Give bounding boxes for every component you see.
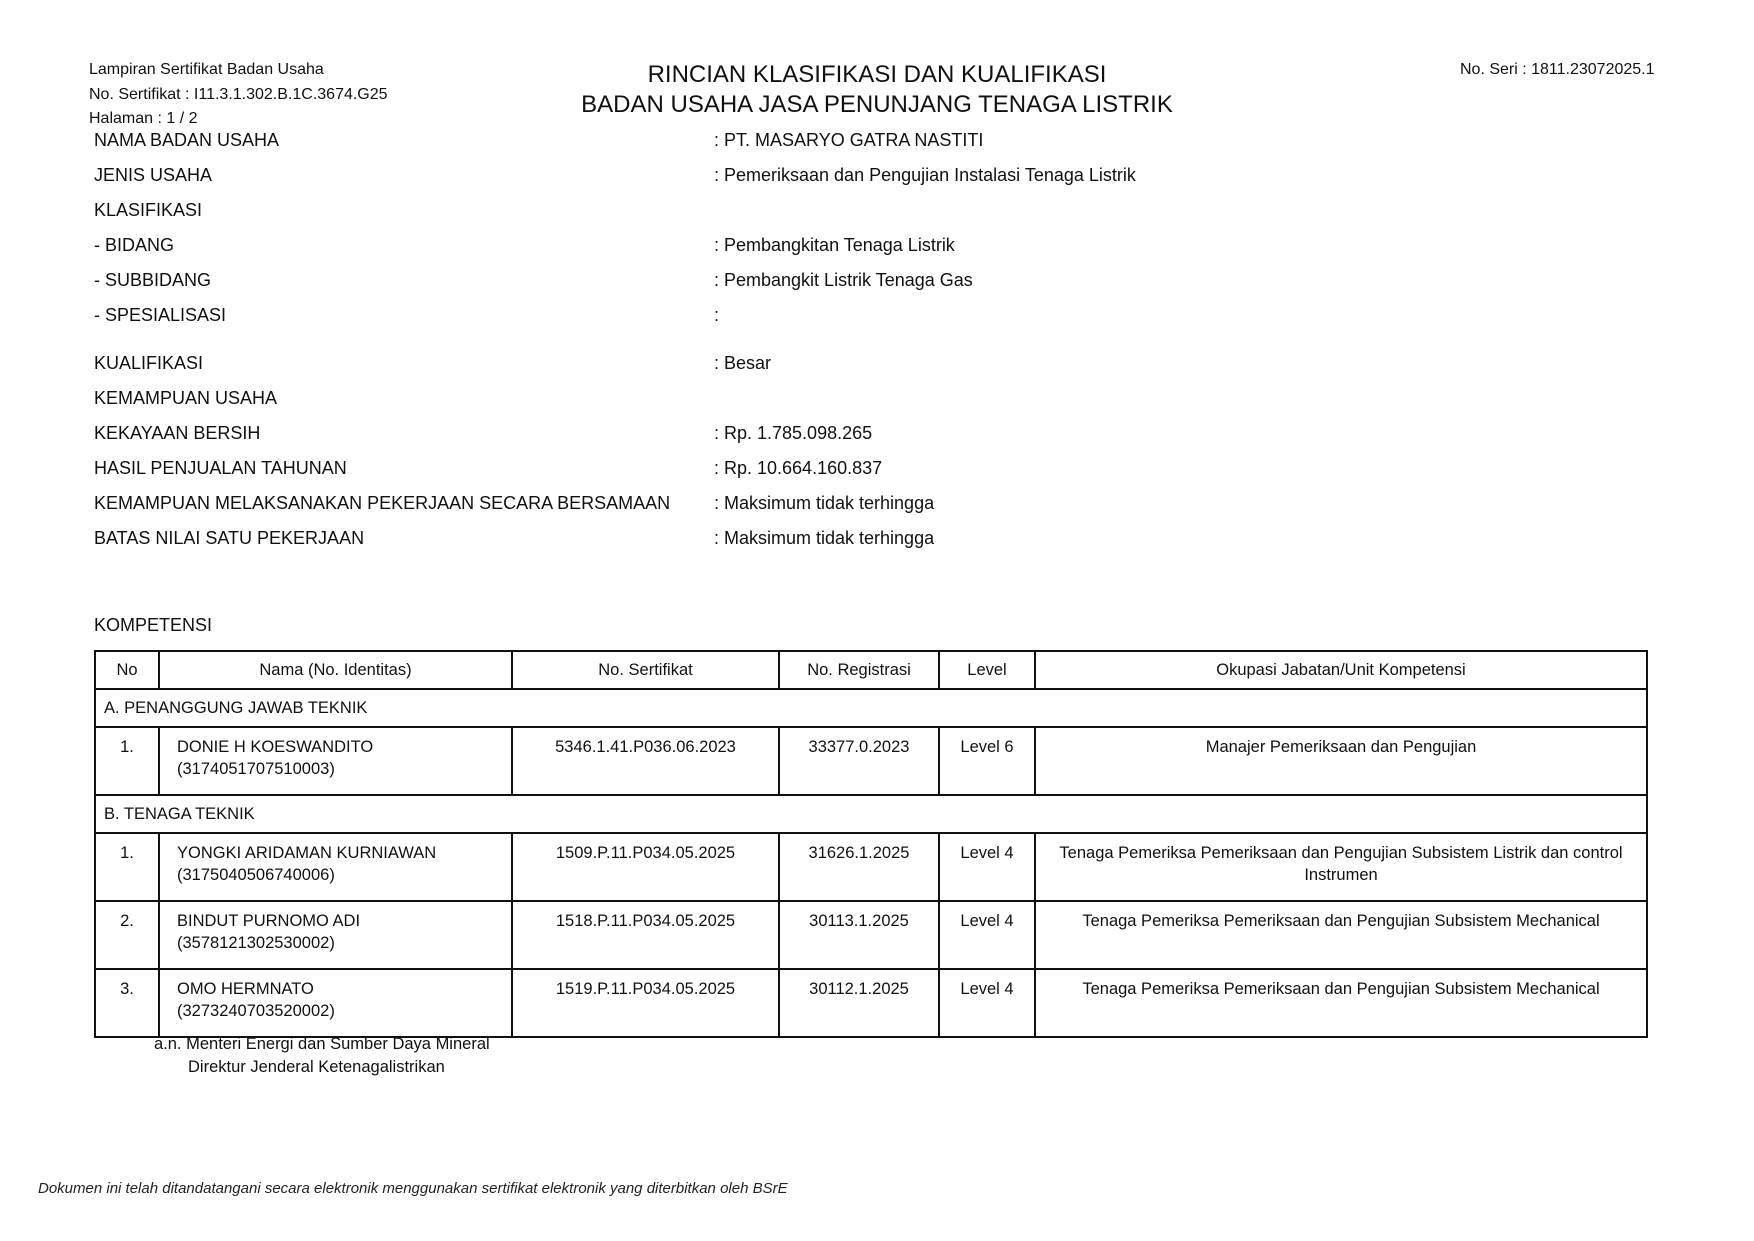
certificate-number-cell: 5346.1.41.P036.06.2023 <box>512 727 779 795</box>
table-row: 1.YONGKI ARIDAMAN KURNIAWAN(317504050674… <box>95 833 1647 901</box>
info-value: : Rp. 1.785.098.265 <box>714 421 872 445</box>
registration-number-cell: 30112.1.2025 <box>779 969 939 1037</box>
info-label: JENIS USAHA <box>94 163 212 187</box>
row-number: 2. <box>95 901 159 969</box>
column-header: Okupasi Jabatan/Unit Kompetensi <box>1035 651 1647 689</box>
info-value: : Maksimum tidak terhingga <box>714 526 934 550</box>
person-cell: DONIE H KOESWANDITO(3174051707510003) <box>159 727 512 795</box>
person-name: DONIE H KOESWANDITO <box>177 736 511 758</box>
signature-line-2: Direktur Jenderal Ketenagalistrikan <box>154 1056 490 1079</box>
info-value: : PT. MASARYO GATRA NASTITI <box>714 128 983 152</box>
table-header-row: NoNama (No. Identitas)No. SertifikatNo. … <box>95 651 1647 689</box>
column-header: Nama (No. Identitas) <box>159 651 512 689</box>
info-label: KEMAMPUAN MELAKSANAKAN PEKERJAAN SECARA … <box>94 491 670 515</box>
person-id: (3578121302530002) <box>177 932 511 954</box>
serial-number: No. Seri : 1811.23072025.1 <box>1460 58 1655 82</box>
section-row: A. PENANGGUNG JAWAB TEKNIK <box>95 689 1647 727</box>
person-id: (3174051707510003) <box>177 758 511 780</box>
table-row: 3.OMO HERMNATO(3273240703520002)1519.P.1… <box>95 969 1647 1037</box>
info-label: KLASIFIKASI <box>94 198 202 222</box>
info-label: HASIL PENJUALAN TAHUNAN <box>94 456 347 480</box>
kompetensi-heading: KOMPETENSI <box>94 613 212 637</box>
info-value: : Besar <box>714 351 771 375</box>
info-value: : Maksimum tidak terhingga <box>714 491 934 515</box>
row-number: 1. <box>95 727 159 795</box>
person-cell: BINDUT PURNOMO ADI(3578121302530002) <box>159 901 512 969</box>
occupation-cell: Tenaga Pemeriksa Pemeriksaan dan Penguji… <box>1035 833 1647 901</box>
person-name: OMO HERMNATO <box>177 978 511 1000</box>
e-signature-notice: Dokumen ini telah ditandatangani secara … <box>38 1180 788 1197</box>
table-row: 1.DONIE H KOESWANDITO(3174051707510003)5… <box>95 727 1647 795</box>
table-row: 2.BINDUT PURNOMO ADI(3578121302530002)15… <box>95 901 1647 969</box>
person-cell: YONGKI ARIDAMAN KURNIAWAN(31750405067400… <box>159 833 512 901</box>
info-label: - SPESIALISASI <box>94 303 226 327</box>
column-header: Level <box>939 651 1035 689</box>
section-title: B. TENAGA TEKNIK <box>95 795 1647 833</box>
registration-number-cell: 31626.1.2025 <box>779 833 939 901</box>
column-header: No <box>95 651 159 689</box>
signature-line-1: a.n. Menteri Energi dan Sumber Daya Mine… <box>154 1033 490 1056</box>
info-value: : Pemeriksaan dan Pengujian Instalasi Te… <box>714 163 1136 187</box>
person-id: (3273240703520002) <box>177 1000 511 1022</box>
info-label: KUALIFIKASI <box>94 351 203 375</box>
person-name: YONGKI ARIDAMAN KURNIAWAN <box>177 842 511 864</box>
info-value: : <box>714 303 719 327</box>
person-cell: OMO HERMNATO(3273240703520002) <box>159 969 512 1037</box>
column-header: No. Sertifikat <box>512 651 779 689</box>
certificate-number-cell: 1519.P.11.P034.05.2025 <box>512 969 779 1037</box>
certificate-number-cell: 1518.P.11.P034.05.2025 <box>512 901 779 969</box>
info-value: : Pembangkitan Tenaga Listrik <box>714 233 955 257</box>
row-number: 1. <box>95 833 159 901</box>
occupation-cell: Manajer Pemeriksaan dan Pengujian <box>1035 727 1647 795</box>
level-cell: Level 6 <box>939 727 1035 795</box>
person-id: (3175040506740006) <box>177 864 511 886</box>
signature-block: a.n. Menteri Energi dan Sumber Daya Mine… <box>154 1033 490 1079</box>
info-label: KEMAMPUAN USAHA <box>94 386 277 410</box>
level-cell: Level 4 <box>939 969 1035 1037</box>
level-cell: Level 4 <box>939 833 1035 901</box>
info-label: - BIDANG <box>94 233 174 257</box>
person-name: BINDUT PURNOMO ADI <box>177 910 511 932</box>
info-label: BATAS NILAI SATU PEKERJAAN <box>94 526 364 550</box>
registration-number-cell: 30113.1.2025 <box>779 901 939 969</box>
info-value: : Rp. 10.664.160.837 <box>714 456 882 480</box>
section-title: A. PENANGGUNG JAWAB TEKNIK <box>95 689 1647 727</box>
section-row: B. TENAGA TEKNIK <box>95 795 1647 833</box>
level-cell: Level 4 <box>939 901 1035 969</box>
row-number: 3. <box>95 969 159 1037</box>
title-line-2: BADAN USAHA JASA PENUNJANG TENAGA LISTRI… <box>0 90 1754 120</box>
info-label: - SUBBIDANG <box>94 268 211 292</box>
occupation-cell: Tenaga Pemeriksa Pemeriksaan dan Penguji… <box>1035 969 1647 1037</box>
occupation-cell: Tenaga Pemeriksa Pemeriksaan dan Penguji… <box>1035 901 1647 969</box>
kompetensi-table: NoNama (No. Identitas)No. SertifikatNo. … <box>94 650 1648 1038</box>
info-label: KEKAYAAN BERSIH <box>94 421 260 445</box>
info-value: : Pembangkit Listrik Tenaga Gas <box>714 268 973 292</box>
registration-number-cell: 33377.0.2023 <box>779 727 939 795</box>
column-header: No. Registrasi <box>779 651 939 689</box>
info-label: NAMA BADAN USAHA <box>94 128 279 152</box>
certificate-number-cell: 1509.P.11.P034.05.2025 <box>512 833 779 901</box>
